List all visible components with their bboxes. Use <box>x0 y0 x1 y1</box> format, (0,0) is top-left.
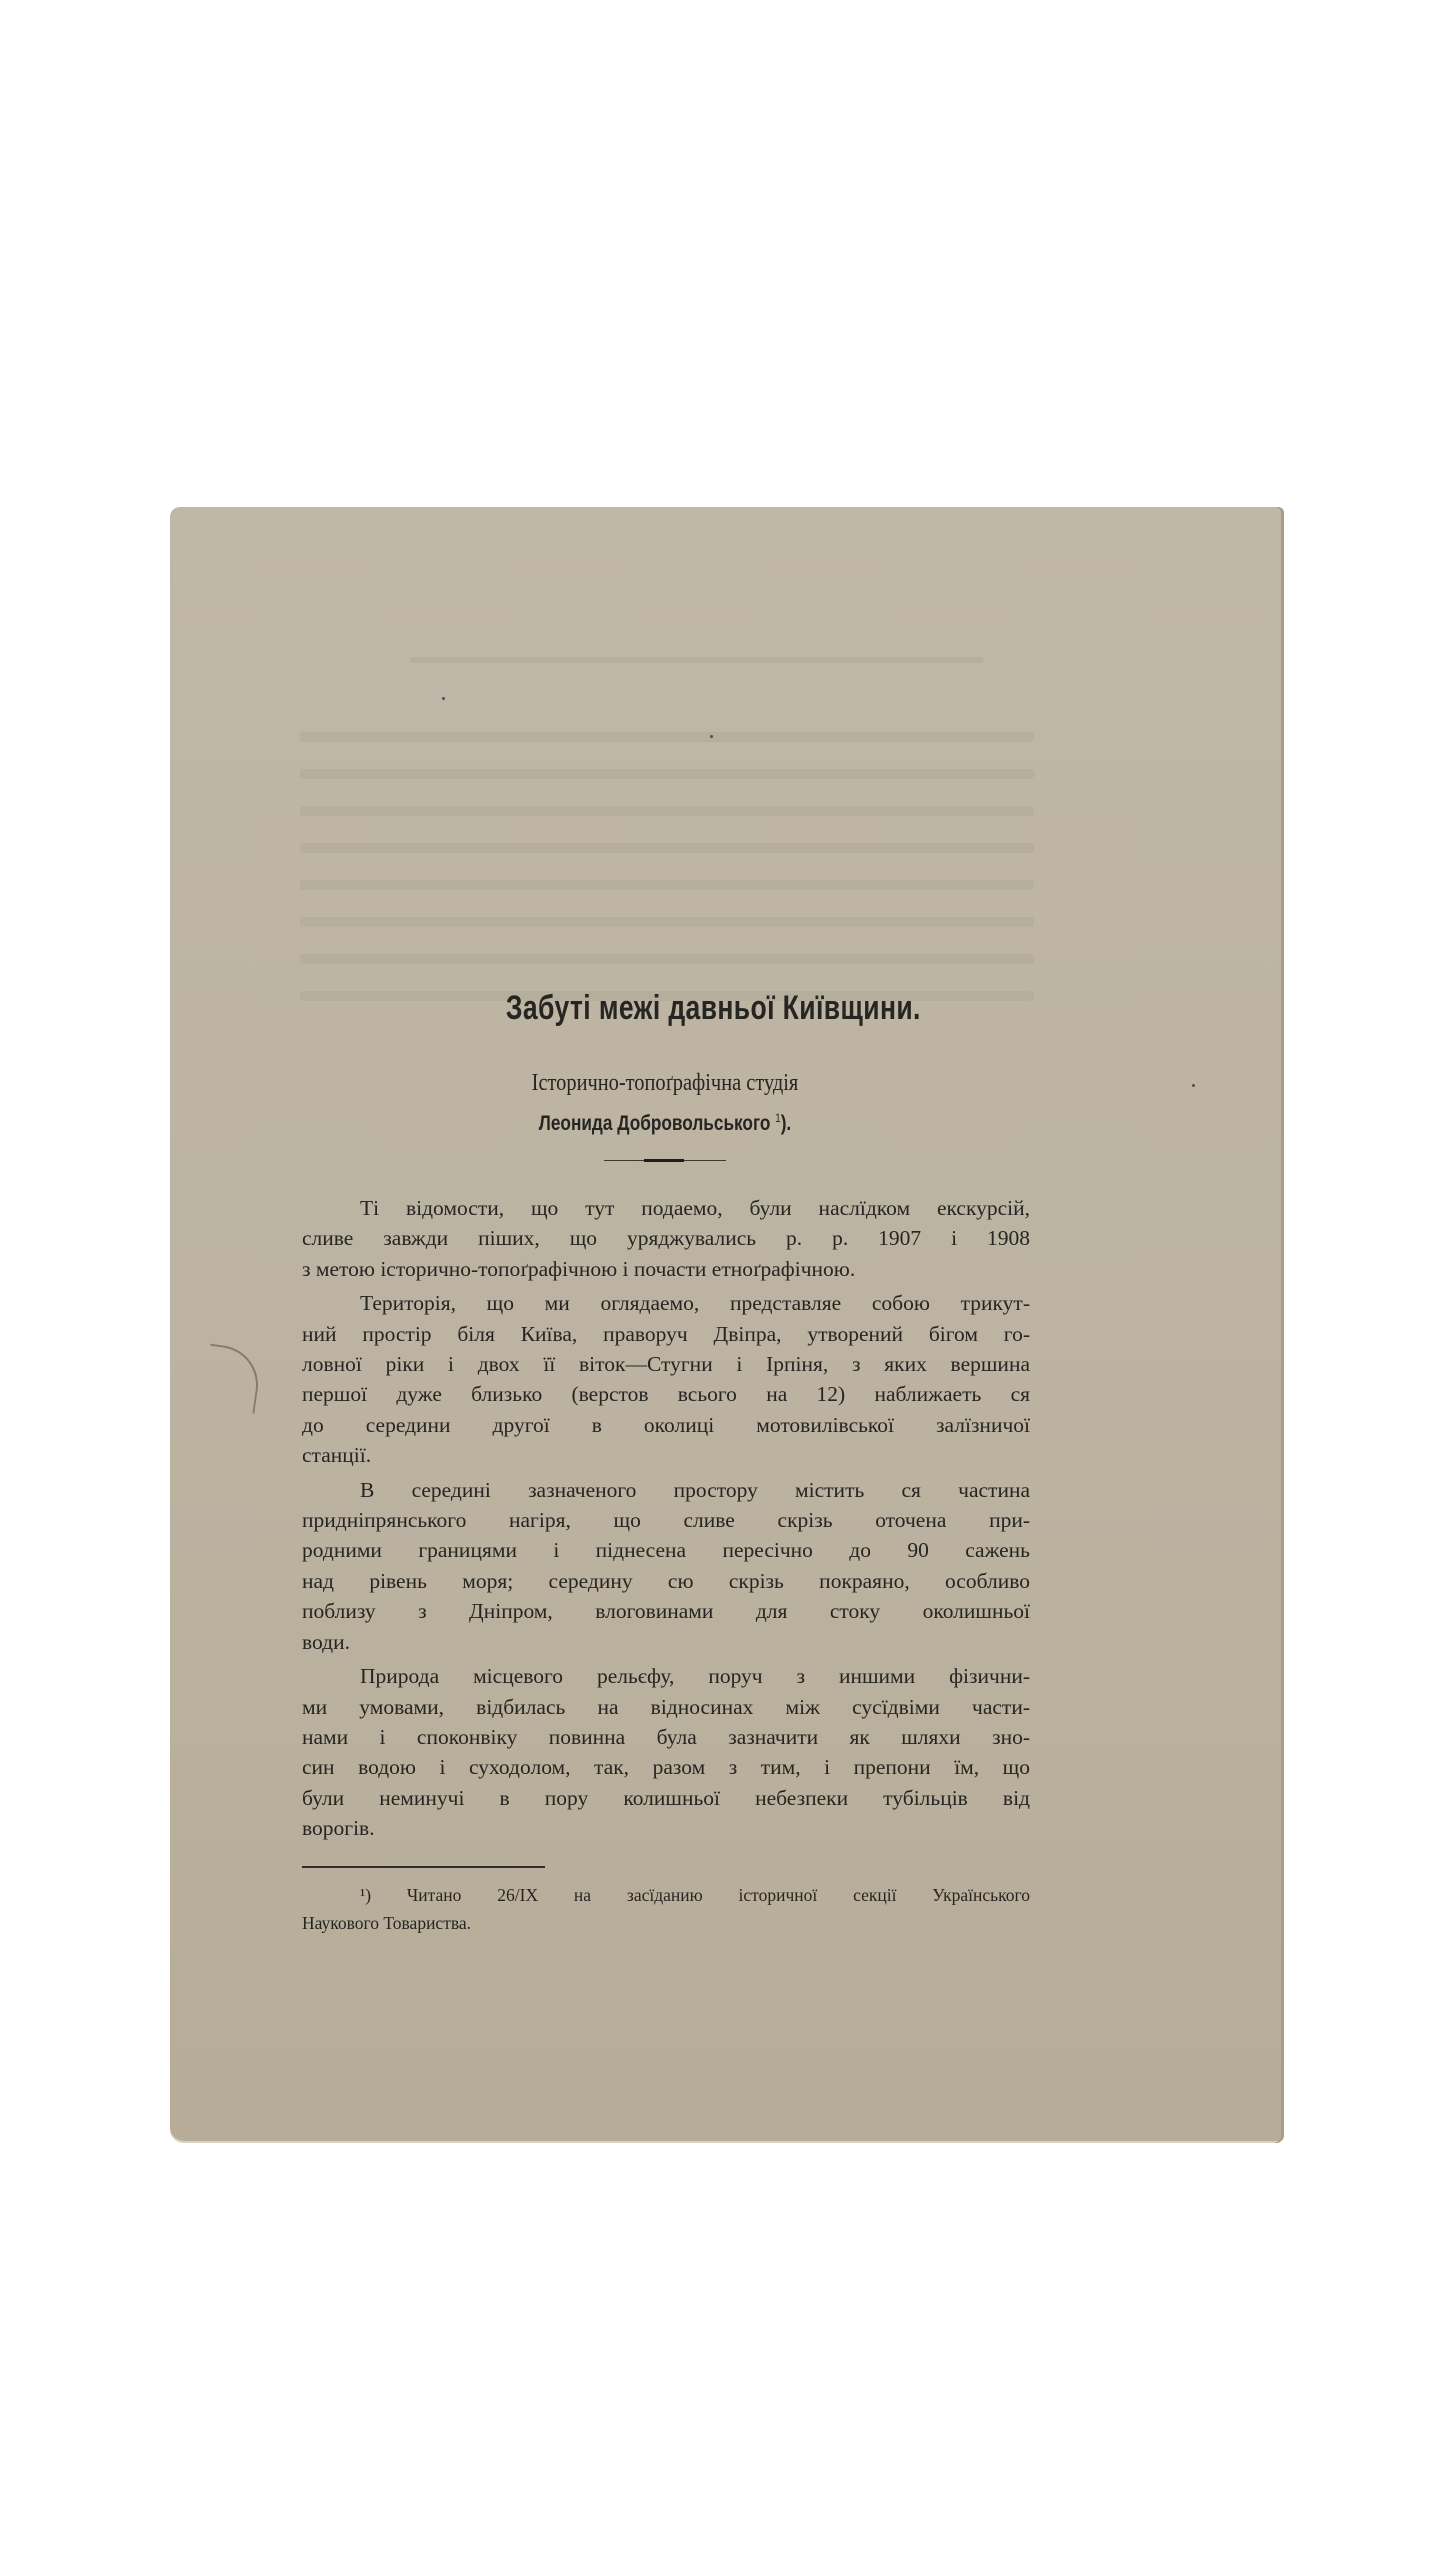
article-title: Забуті межі давньої Київщини. <box>279 989 1148 1028</box>
title-ornament-rule <box>604 1159 726 1163</box>
article-body: Ті відомости, що тут подаемо, були наслї… <box>302 1193 1030 1848</box>
show-through-line <box>300 843 1034 853</box>
scanned-page: Забуті межі давньої Київщини. Історично-… <box>170 507 1284 2143</box>
text-line: ловної ріки і двох її віток—Стугни і Ірп… <box>302 1349 1030 1379</box>
paragraph: Ті відомости, що тут подаемо, були наслї… <box>302 1193 1030 1284</box>
show-through-line <box>300 880 1034 890</box>
paper-speck <box>710 735 713 738</box>
text-line: до середини другої в околиці мотовилівсь… <box>302 1410 1030 1440</box>
text-line: родними границями і піднесена пересічно … <box>302 1535 1030 1565</box>
footnote-rule <box>302 1866 545 1868</box>
footnote-line: ¹) Читано 26/IX на засїданию історичної … <box>302 1881 1030 1909</box>
text-line: ворогів. <box>302 1813 1030 1843</box>
text-line: були неминучі в пору колишньої небезпеки… <box>302 1783 1030 1813</box>
text-line: з метою історично-топоґрафічною і почаст… <box>302 1254 1030 1284</box>
paragraph: В середині зазначеного простору містить … <box>302 1475 1030 1657</box>
paragraph: Природа місцевого рельєфу, поруч з иншим… <box>302 1661 1030 1843</box>
text-line: над рівень моря; середину сю скрізь покр… <box>302 1566 1030 1596</box>
show-through-line <box>300 732 1034 742</box>
text-line: придніпрянського нагіря, що сливе скрізь… <box>302 1505 1030 1535</box>
text-line: Ті відомости, що тут подаемо, були наслї… <box>302 1193 1030 1223</box>
article-subtitle: Історично-топоґрафічна студія <box>244 1070 1086 1097</box>
text-line: поблизу з Дніпром, влоговинами для стоку… <box>302 1596 1030 1626</box>
text-line: сливе завжди піших, що уряджувались р. р… <box>302 1223 1030 1253</box>
author-name: Леонида Добровольського <box>539 1112 771 1135</box>
paragraph: Територія, що ми оглядаемо, представляе … <box>302 1288 1030 1470</box>
article-author: Леонида Добровольського 1). <box>259 1111 1071 1136</box>
text-line: ний простір біля Київа, праворуч Двіпра,… <box>302 1319 1030 1349</box>
text-line: станції. <box>302 1440 1030 1470</box>
text-line: першої дуже близько (верстов всього на 1… <box>302 1379 1030 1409</box>
text-line: води. <box>302 1627 1030 1657</box>
show-through-line <box>300 806 1034 816</box>
footnote-line: Наукового Товариства. <box>302 1909 1030 1937</box>
paper-speck <box>1192 1084 1195 1087</box>
show-through-header <box>410 657 984 663</box>
show-through-line <box>300 917 1034 927</box>
text-line: син водою і суходолом, так, разом з тим,… <box>302 1752 1030 1782</box>
footnote: ¹) Читано 26/IX на засїданию історичної … <box>302 1881 1030 1937</box>
text-line: В середині зазначеного простору містить … <box>302 1475 1030 1505</box>
text-line: нами і споконвіку повинна була зазначити… <box>302 1722 1030 1752</box>
show-through-line <box>300 769 1034 779</box>
text-line: Природа місцевого рельєфу, поруч з иншим… <box>302 1661 1030 1691</box>
show-through-line <box>300 954 1034 964</box>
text-line: Територія, що ми оглядаемо, представляе … <box>302 1288 1030 1318</box>
author-suffix: ). <box>781 1112 792 1135</box>
paper-fiber-mark <box>201 1344 263 1415</box>
text-line: ми умовами, відбилась на відносинах між … <box>302 1692 1030 1722</box>
paper-speck <box>442 697 445 700</box>
